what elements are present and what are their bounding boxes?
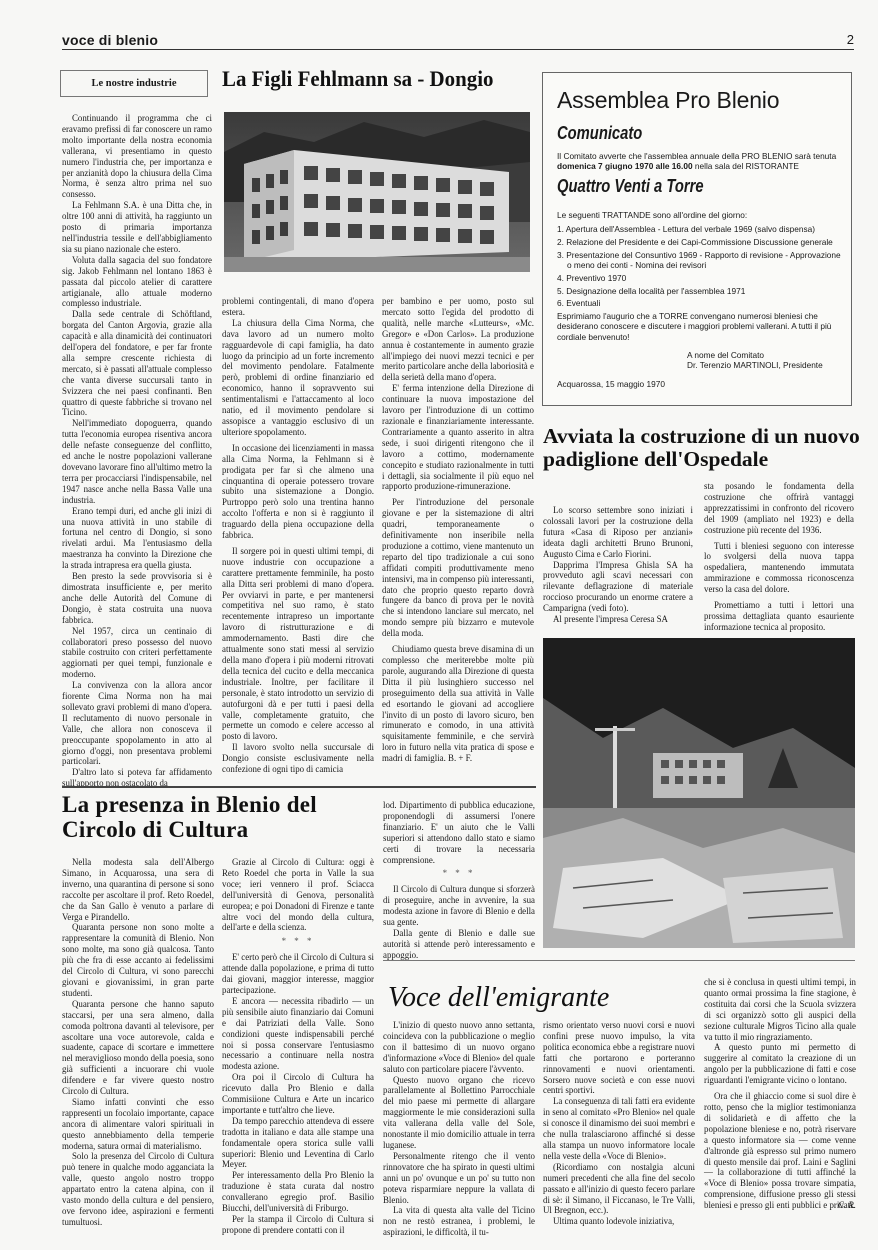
paragraph: lod. Dipartimento di pubblica educazione…: [383, 800, 535, 865]
agenda-item: 6. Eventuali: [557, 298, 841, 308]
section-divider: [383, 960, 855, 961]
signature-line-1: A nome del Comitato: [557, 350, 841, 360]
notice-text-pre: Il Comitato avverte che l'assemblea annu…: [557, 151, 836, 161]
agenda: Le seguenti TRATTANDE sono all'ordine de…: [557, 210, 841, 389]
closing-text: Esprimiamo l'augurio che a TORRE conveng…: [557, 311, 841, 342]
paragraph: Per l'introduzione del personale giovane…: [382, 497, 534, 639]
fehlmann-column-1: Continuando il programma che ci eravamo …: [62, 113, 212, 789]
fehlmann-column-3: per bambino e per uomo, posto sul mercat…: [382, 296, 534, 764]
paragraph: Dalla gente di Blenio e dalle sue autori…: [383, 928, 535, 961]
paragraph: Personalmente ritengo che il vento rinno…: [383, 1151, 535, 1206]
paragraph: E ancora — necessita ribadirlo — un più …: [222, 996, 374, 1072]
paragraph: Ora che il ghiaccio come si suol dire è …: [704, 1091, 856, 1211]
paragraph: E' ferma intenzione della Direzione di c…: [382, 383, 534, 492]
section-separator: * * *: [222, 936, 374, 947]
agenda-item: 3. Presentazione del Consuntivo 1969 - R…: [557, 250, 841, 270]
paragraph: Erano tempi duri, ed anche gli inizi di …: [62, 506, 212, 571]
paragraph: Continuando il programma che ci eravamo …: [62, 113, 212, 200]
paragraph: Chiudiamo questa breve disamina di un co…: [382, 644, 534, 764]
notice-text: Il Comitato avverte che l'assemblea annu…: [557, 151, 841, 171]
paragraph: Al presente l'impresa Ceresa SA: [543, 614, 693, 625]
paragraph: Ultima quanto lodevole iniziativa,: [543, 1216, 695, 1227]
agenda-list: 1. Apertura dell'Assemblea - Lettura del…: [557, 224, 841, 308]
place-date: Acquarossa, 15 maggio 1970: [557, 379, 841, 389]
circolo-headline: La presenza in Blenio del Circolo di Cul…: [62, 792, 382, 842]
circolo-column-2: Grazie al Circolo di Cultura: oggi è Ret…: [222, 857, 374, 1236]
paragraph: Dalla sede centrale di Schöftland, borga…: [62, 309, 212, 418]
emigrante-column-2: rismo orientato verso nuovi corsi e nuov…: [543, 1020, 695, 1227]
agenda-intro: Le seguenti TRATTANDE sono all'ordine de…: [557, 210, 841, 220]
agenda-item: 1. Apertura dell'Assemblea - Lettura del…: [557, 224, 841, 234]
paragraph: Questo nuovo organo che ricevo parallela…: [383, 1075, 535, 1151]
paragraph: che si è conclusa in questi ultimi tempi…: [704, 977, 856, 1042]
paragraph: La conseguenza di tali fatti era evident…: [543, 1096, 695, 1161]
paragraph: La Fehlmann S.A. è una Ditta che, in olt…: [62, 200, 212, 255]
paragraph: E' certo però che il Circolo di Cultura …: [222, 952, 374, 996]
assemblea-notice-box: Assemblea Pro Blenio Comunicato Il Comit…: [542, 72, 852, 406]
paragraph: Lo scorso settembre sono iniziati i colo…: [543, 505, 693, 560]
paragraph: problemi contingentali, di mano d'opera …: [222, 296, 374, 318]
paragraph: Il Circolo di Cultura dunque si sforzerà…: [383, 884, 535, 928]
paragraph: Tutti i bleniesi seguono con interesse l…: [704, 541, 854, 596]
paragraph: La vita di questa alta valle del Ticino …: [383, 1205, 535, 1238]
assemblea-title: Assemblea Pro Blenio: [557, 87, 779, 114]
emigrante-column-1: L'inizio di questo nuovo anno settanta, …: [383, 1020, 535, 1238]
section-divider: [62, 786, 536, 788]
paragraph: La convivenza con la allora ancor fioren…: [62, 680, 212, 767]
circolo-column-1: Nella modesta sala dell'Albergo Simano, …: [62, 857, 214, 1228]
factory-building-image: [224, 112, 530, 272]
construction-photo: [543, 638, 855, 948]
paragraph: Il lavoro svolto nella succursale di Don…: [222, 742, 374, 775]
paragraph: Ora poi il Circolo di Cultura ha ricevut…: [222, 1072, 374, 1116]
paragraph: Nell'immediato dopoguerra, quando tutta …: [62, 418, 212, 505]
paragraph: per bambino e per uomo, posto sul mercat…: [382, 296, 534, 383]
signature-line-2: Dr. Terenzio MARTINOLI, Presidente: [557, 360, 841, 370]
paragraph: (Ricordiamo con nostalgia alcuni numeri …: [543, 1162, 695, 1217]
section-separator: * * *: [383, 868, 535, 879]
page-number: 2: [847, 32, 854, 47]
paragraph: Il sorgere poi in questi ultimi tempi, d…: [222, 546, 374, 742]
paragraph: Ben presto la sede provvisoria si è dimo…: [62, 571, 212, 626]
paragraph: Voluta dalla sagacia del suo fondatore s…: [62, 255, 212, 310]
paragraph: Promettiamo a tutti i lettori una prossi…: [704, 600, 854, 633]
emigrante-column-3: che si è conclusa in questi ultimi tempi…: [704, 977, 856, 1211]
circolo-column-3: lod. Dipartimento di pubblica educazione…: [383, 800, 535, 961]
agenda-item: 2. Relazione del Presidente e dei Capi-C…: [557, 237, 841, 247]
paragraph: Quaranta persone che hanno saputo stacca…: [62, 999, 214, 1097]
ospedale-column-1: Lo scorso settembre sono iniziati i colo…: [543, 505, 693, 625]
paragraph: La chiusura della Cima Norma, che dava l…: [222, 318, 374, 438]
ospedale-headline: Avviata la costruzione di un nuovo padig…: [543, 425, 863, 471]
ospedale-column-2: sta posando le fondamenta della costruzi…: [704, 481, 854, 633]
paragraph: Dapprima l'Impresa Ghisla SA ha provvedu…: [543, 560, 693, 615]
fehlmann-column-2: problemi contingentali, di mano d'opera …: [222, 296, 374, 775]
paragraph: Da tempo parecchio attendeva di essere t…: [222, 1116, 374, 1171]
paragraph: Quaranta persone non sono molte a rappre…: [62, 922, 214, 998]
factory-photo: [224, 112, 530, 272]
paragraph: Per interessamento della Pro Blenio la t…: [222, 1170, 374, 1214]
notice-date: domenica 7 giugno 1970 alle 16.00: [557, 161, 693, 171]
paragraph: Nella modesta sala dell'Albergo Simano, …: [62, 857, 214, 922]
section-rubric: Le nostre industrie: [60, 70, 208, 97]
construction-site-image: [543, 638, 855, 948]
venue-subtitle: Quattro Venti a Torre: [557, 176, 704, 197]
paragraph: Solo la presenza del Circolo di Cultura …: [62, 1151, 214, 1227]
paragraph: In occasione dei licenziamenti in massa …: [222, 443, 374, 541]
paragraph: rismo orientato verso nuovi corsi e nuov…: [543, 1020, 695, 1096]
agenda-item: 4. Preventivo 1970: [557, 273, 841, 283]
masthead: voce di blenio 2: [62, 30, 854, 50]
paragraph: Nel 1957, circa un centinaio di collabor…: [62, 626, 212, 681]
paragraph: Siamo infatti convinti che esso rapprese…: [62, 1097, 214, 1152]
paragraph: Grazie al Circolo di Cultura: oggi è Ret…: [222, 857, 374, 933]
fehlmann-headline: La Figli Fehlmann sa - Dongio: [222, 66, 493, 92]
emigrante-headline: Voce dell'emigrante: [388, 982, 609, 1014]
agenda-item: 5. Designazione della località per l'ass…: [557, 286, 841, 296]
paragraph: A questo punto mi permetto di suggerire …: [704, 1042, 856, 1086]
comunicato-subtitle: Comunicato: [557, 123, 642, 144]
paragraph: sta posando le fondamenta della costruzi…: [704, 481, 854, 536]
paragraph: Per la stampa il Circolo di Cultura si p…: [222, 1214, 374, 1236]
paragraph: L'inizio di questo nuovo anno settanta, …: [383, 1020, 535, 1075]
notice-text-post: nella sala del RISTORANTE: [693, 161, 799, 171]
newspaper-title: voce di blenio: [62, 32, 158, 48]
